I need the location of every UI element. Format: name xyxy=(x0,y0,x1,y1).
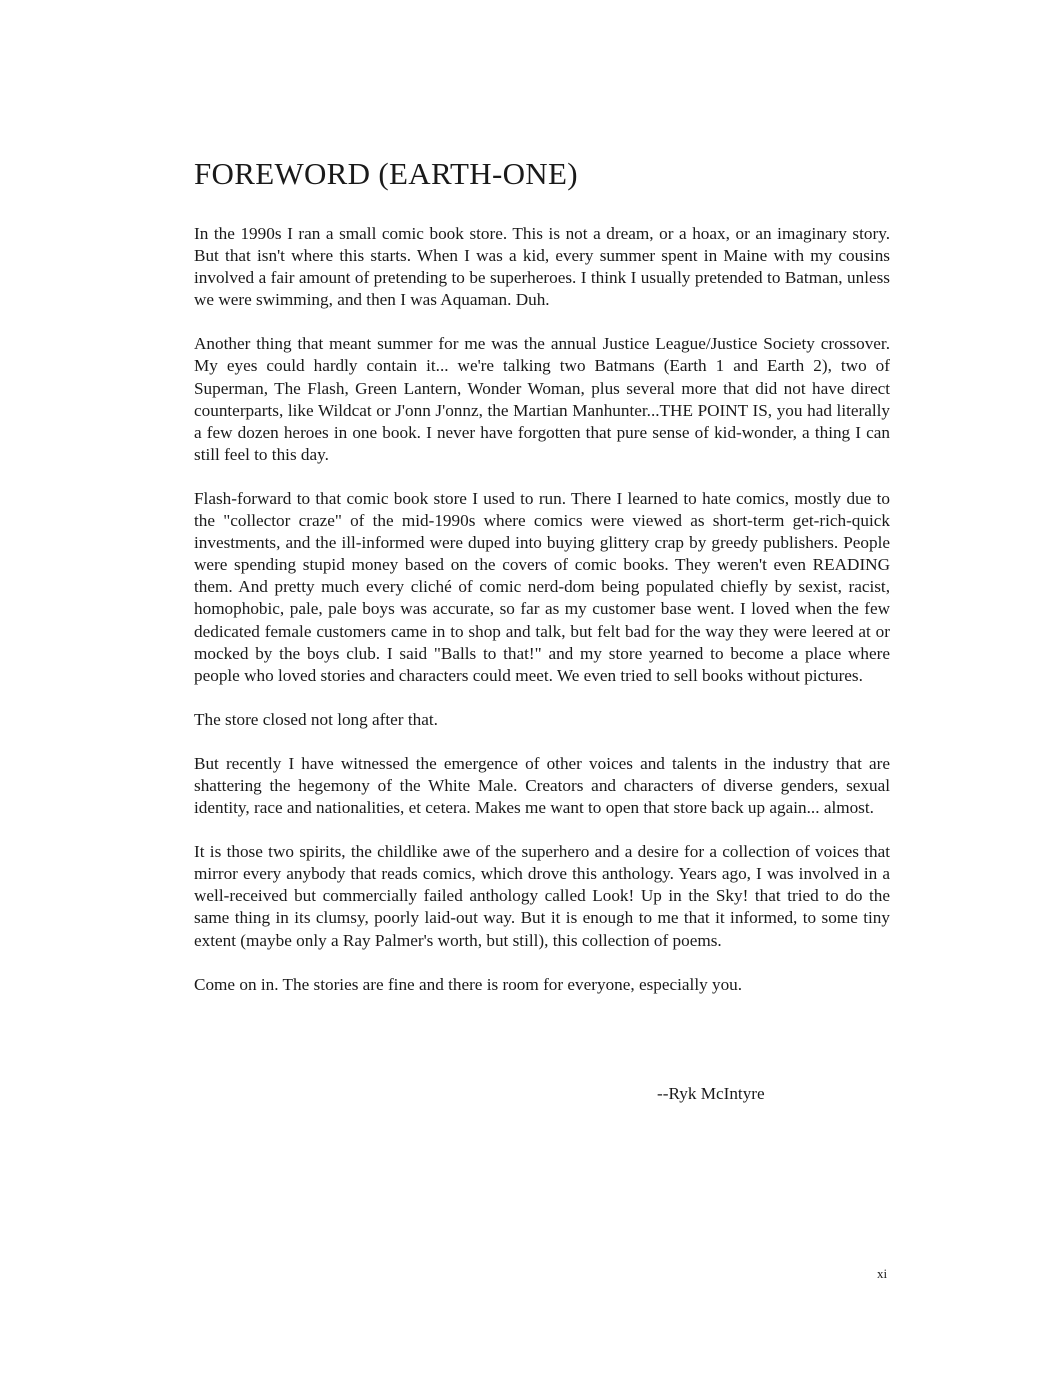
paragraph-7: Come on in. The stories are fine and the… xyxy=(194,974,890,996)
foreword-body: In the 1990s I ran a small comic book st… xyxy=(194,223,890,1018)
paragraph-2: Another thing that meant summer for me w… xyxy=(194,333,890,466)
page-title: FOREWORD (EARTH-ONE) xyxy=(194,156,578,192)
paragraph-3: Flash-forward to that comic book store I… xyxy=(194,488,890,687)
paragraph-1: In the 1990s I ran a small comic book st… xyxy=(194,223,890,311)
paragraph-6: It is those two spirits, the childlike a… xyxy=(194,841,890,951)
paragraph-4: The store closed not long after that. xyxy=(194,709,890,731)
paragraph-5: But recently I have witnessed the emerge… xyxy=(194,753,890,819)
author-signature: --Ryk McIntyre xyxy=(657,1083,765,1105)
page-number: xi xyxy=(877,1266,887,1282)
